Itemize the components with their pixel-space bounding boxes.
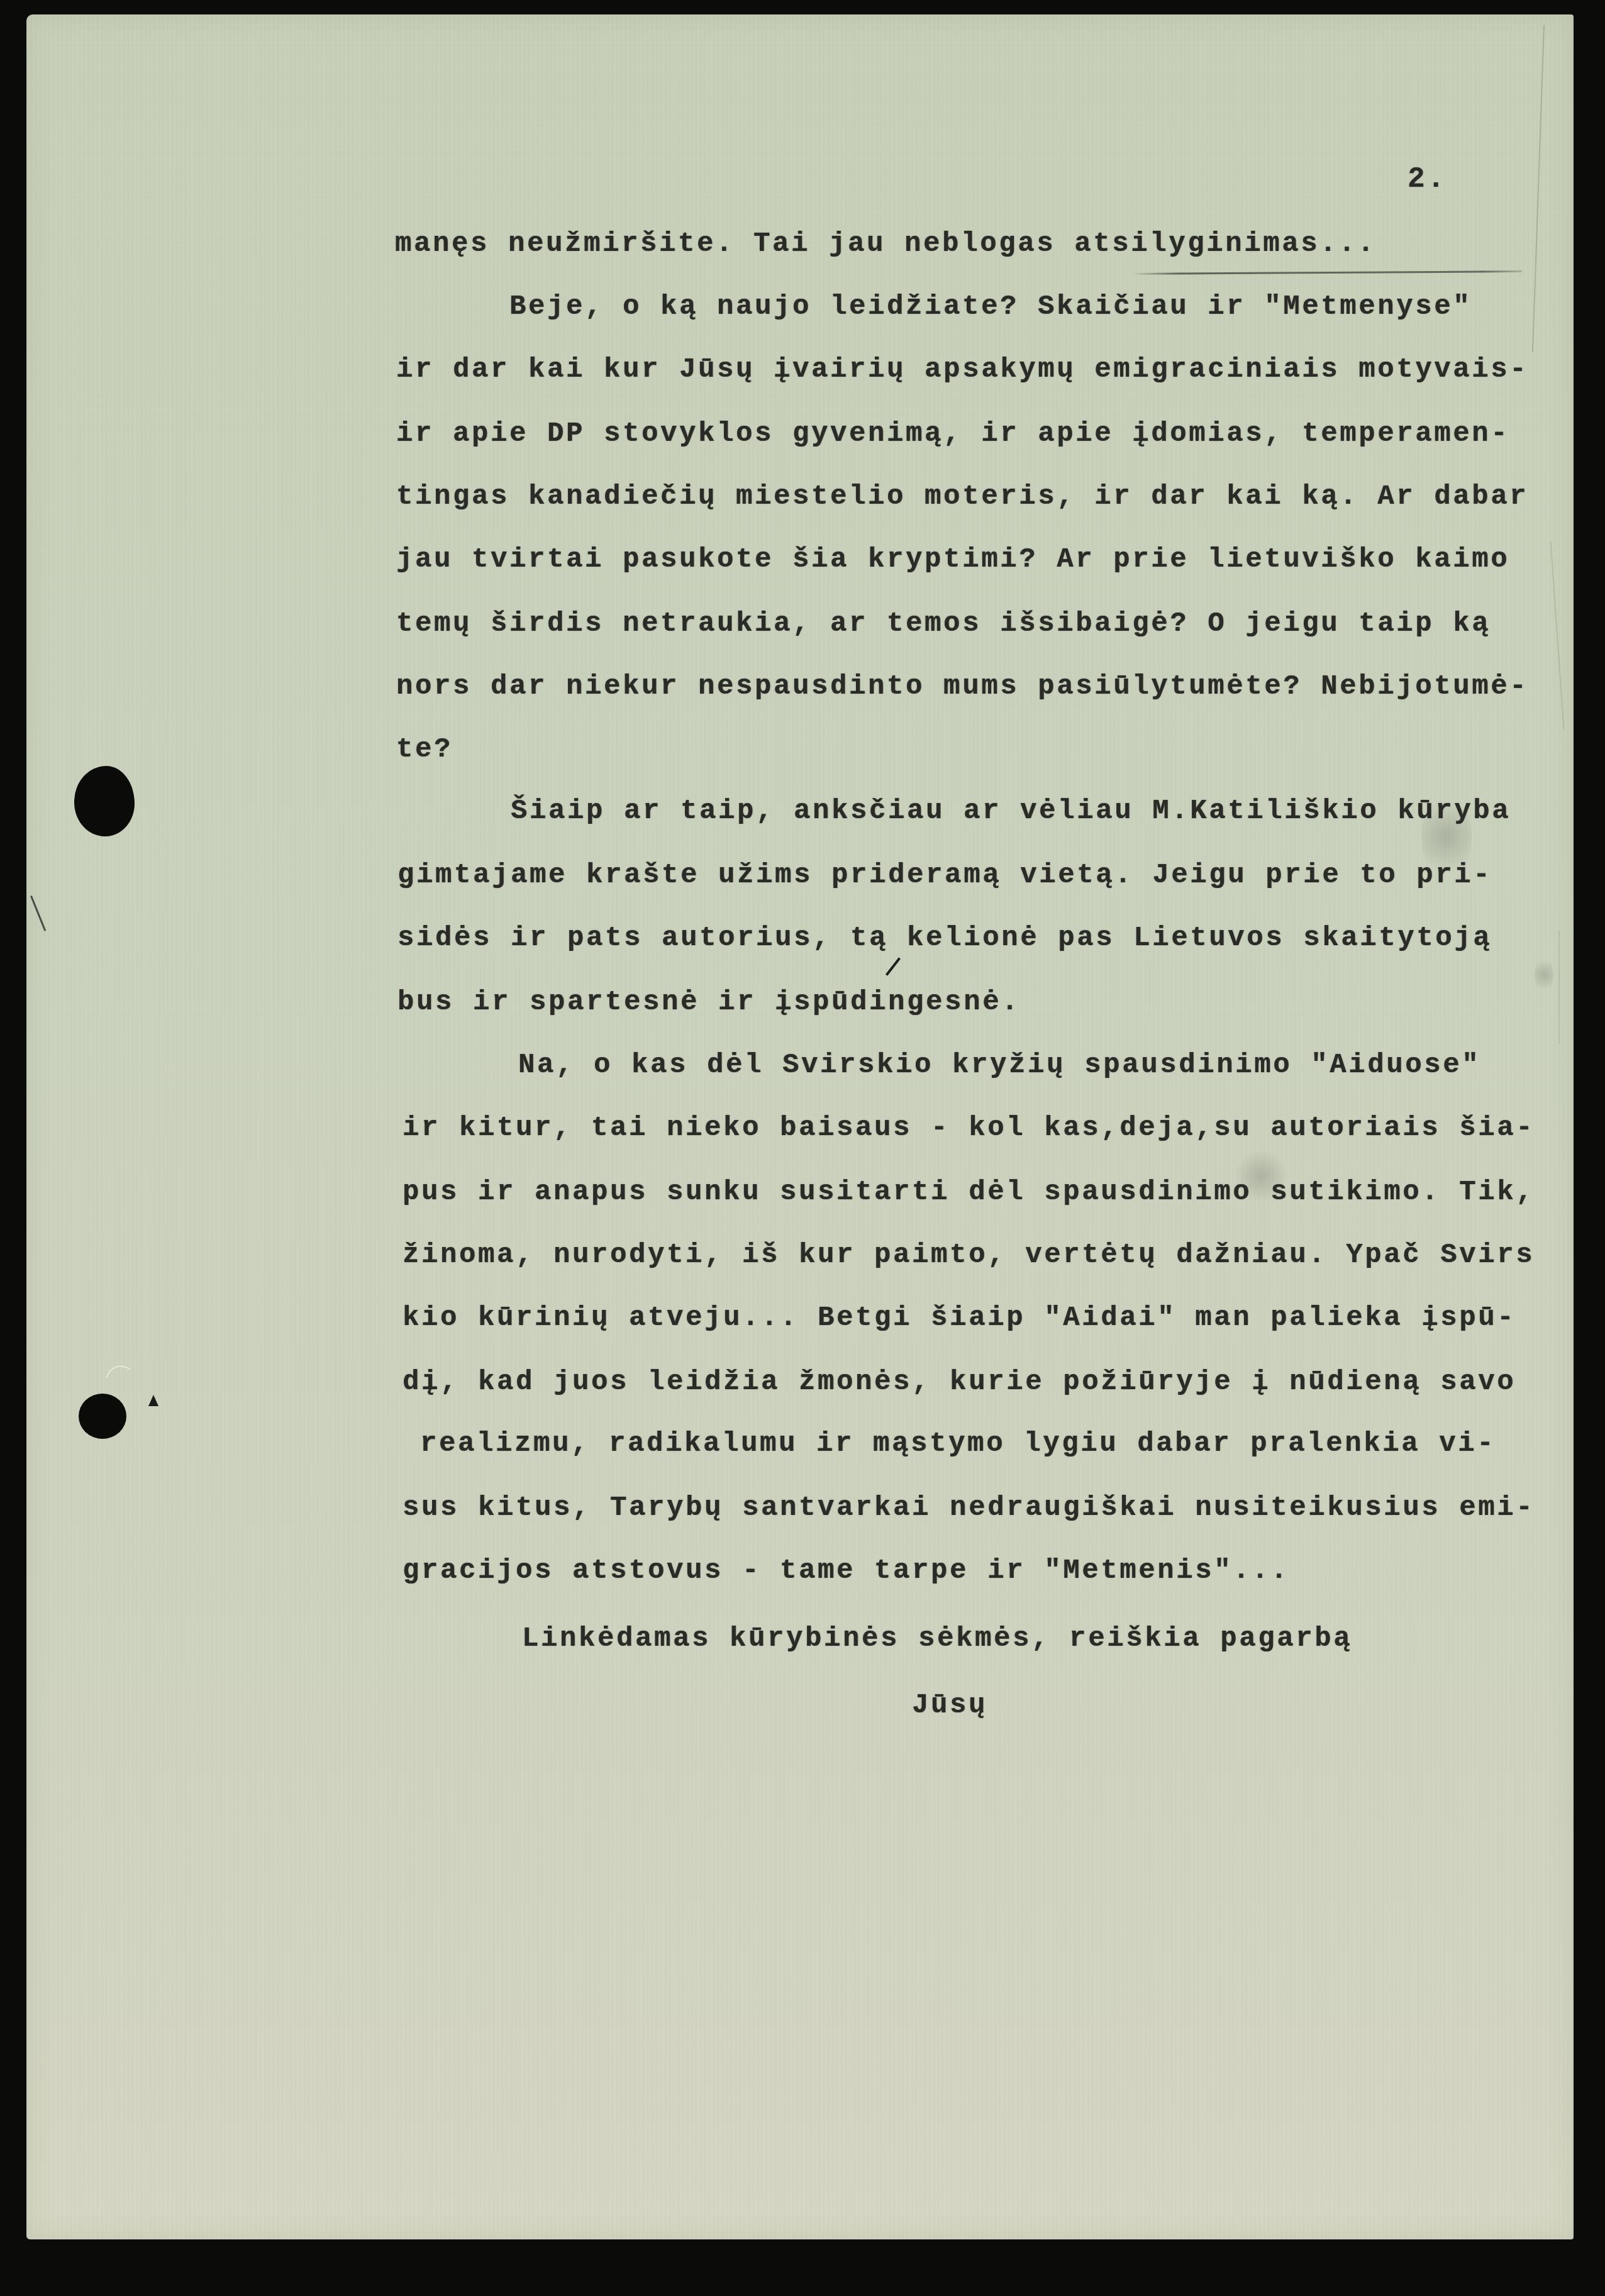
letter-line: gracijos atstovus - tame tarpe ir "Metme… — [403, 1557, 1289, 1585]
letter-line: kio kūrinių atveju... Betgi šiaip "Aidai… — [403, 1304, 1516, 1332]
letter-line: Šiaip ar taip, anksčiau ar vėliau M.Kati… — [511, 797, 1511, 825]
letter-line: realizmu, radikalumu ir mąstymo lygiu da… — [420, 1430, 1496, 1458]
punch-hole-icon — [74, 766, 135, 836]
letter-line: nors dar niekur nespausdinto mums pasiūl… — [396, 673, 1528, 701]
letter-line: manęs neužmiršite. Tai jau neblogas atsi… — [395, 230, 1376, 258]
letter-line: dį, kad juos leidžia žmonės, kurie požiū… — [403, 1368, 1516, 1396]
letter-line: sidės ir pats autorius, tą kelionė pas L… — [397, 924, 1492, 952]
letter-line: bus ir spartesnė ir įspūdingesnė. — [397, 989, 1020, 1016]
crease-line — [1558, 931, 1560, 1044]
letter-line: ir kitur, tai nieko baisaus - kol kas,de… — [403, 1114, 1535, 1142]
page-number: 2. — [1408, 165, 1447, 194]
paper-notch-icon — [148, 1395, 158, 1406]
letter-line: te? — [396, 736, 453, 763]
letter-line: pus ir anapus sunku susitarti dėl spausd… — [403, 1179, 1535, 1206]
letter-line: temų širdis netraukia, ar temos išsibaig… — [396, 610, 1491, 638]
letter-line: ir dar kai kur Jūsų įvairių apsakymų emi… — [396, 356, 1528, 384]
signature-line: Jūsų — [912, 1692, 987, 1719]
letter-line: gimtajame krašte užims prideramą vietą. … — [397, 862, 1492, 889]
letter-line: žinoma, nurodyti, iš kur paimto, vertėtų… — [403, 1241, 1535, 1269]
letter-line: tingas kanadiečių miestelio moteris, ir … — [396, 483, 1528, 511]
letter-line: Beje, o ką naujo leidžiate? Skaičiau ir … — [509, 293, 1472, 321]
letter-line: jau tvirtai pasukote šia kryptimi? Ar pr… — [396, 546, 1509, 574]
closing-line: Linkėdamas kūrybinės sėkmės, reiškia pag… — [522, 1625, 1352, 1653]
letter-line: sus kitus, Tarybų santvarkai nedraugiška… — [403, 1494, 1535, 1522]
letter-line: Na, o kas dėl Svirskio kryžių spausdinim… — [518, 1051, 1480, 1079]
ink-smudge — [1535, 956, 1553, 994]
letter-line: ir apie DP stovyklos gyvenimą, ir apie į… — [396, 420, 1509, 448]
